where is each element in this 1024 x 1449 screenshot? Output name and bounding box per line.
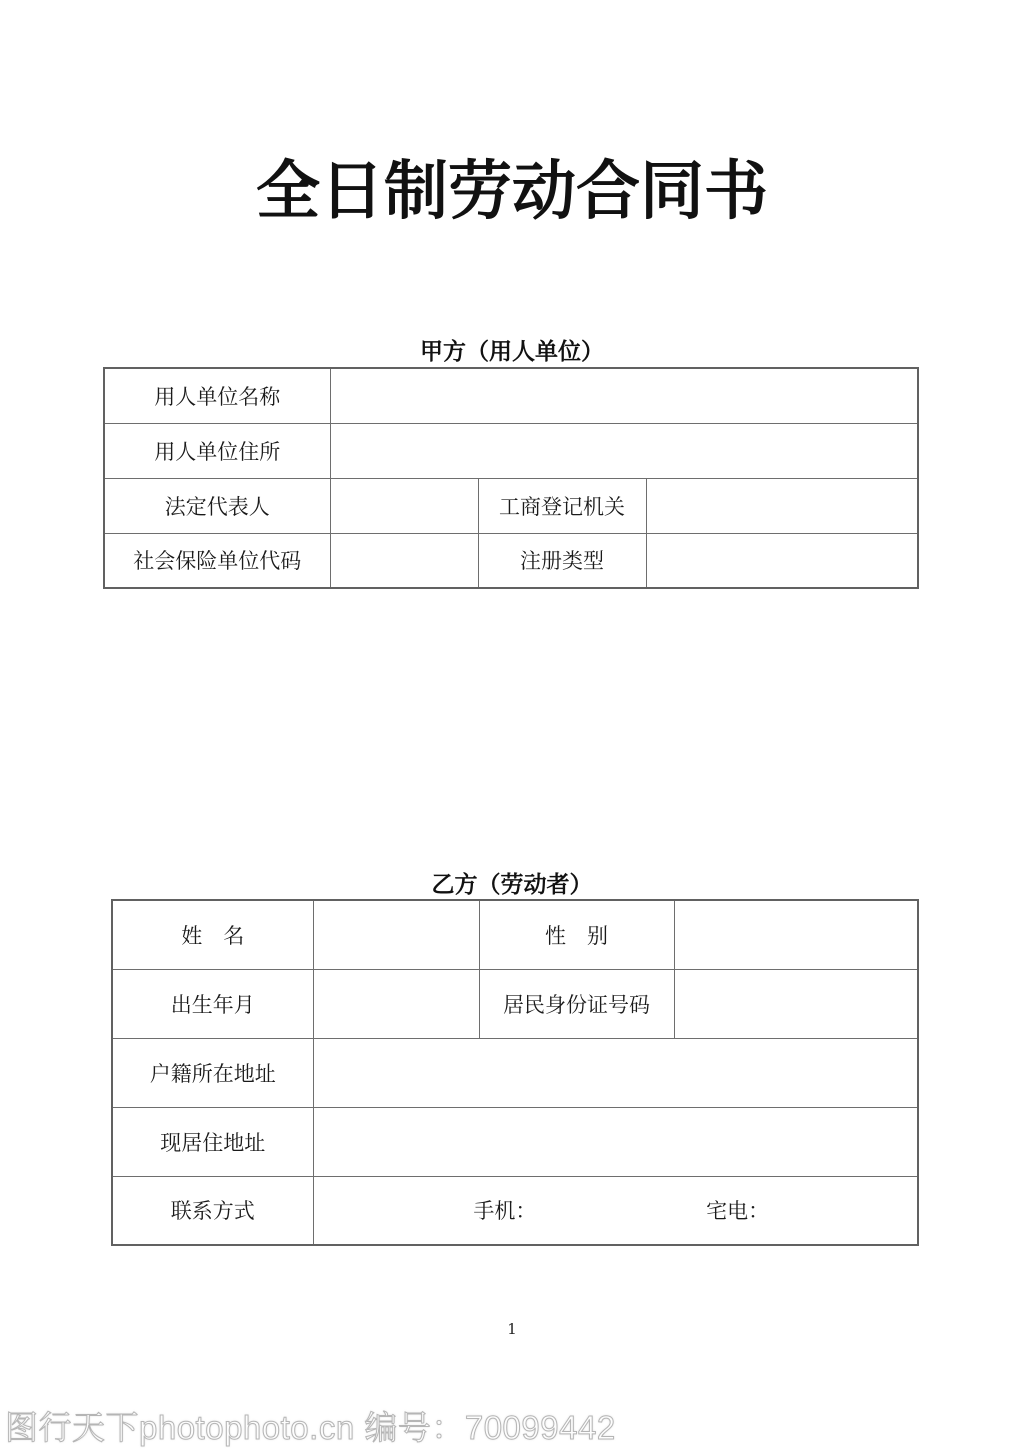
contact-method-field: 手机： 宅电：: [313, 1176, 918, 1245]
gender-field: [674, 900, 918, 969]
table-row: 用人单位名称: [104, 368, 918, 423]
contact-method-label: 联系方式: [112, 1176, 313, 1245]
table-row: 现居住地址: [112, 1107, 918, 1176]
page-number: 1: [0, 1320, 1024, 1338]
current-residence-address-field: [313, 1107, 918, 1176]
id-card-number-label: 居民身份证号码: [479, 969, 674, 1038]
table-row: 法定代表人 工商登记机关: [104, 478, 918, 533]
table-row: 姓 名 性 别: [112, 900, 918, 969]
party-b-heading: 乙方（劳动者）: [0, 866, 1024, 899]
gender-label: 性 别: [479, 900, 674, 969]
household-registration-address-field: [313, 1038, 918, 1107]
table-row: 联系方式 手机： 宅电：: [112, 1176, 918, 1245]
table-row: 社会保险单位代码 注册类型: [104, 533, 918, 588]
registration-type-field: [646, 533, 918, 588]
party-b-table: 姓 名 性 别 出生年月 居民身份证号码 户籍所在地址 现居住地址 联系方式 手…: [111, 899, 919, 1246]
employer-name-field: [330, 368, 918, 423]
employer-address-field: [330, 423, 918, 478]
party-a-heading: 甲方（用人单位）: [0, 333, 1024, 366]
legal-representative-field: [330, 478, 478, 533]
social-insurance-unit-code-field: [330, 533, 478, 588]
document-title: 全日制劳动合同书: [0, 140, 1024, 232]
home-phone-label: 宅电：: [706, 1199, 769, 1223]
employer-address-label: 用人单位住所: [104, 423, 330, 478]
birth-date-label: 出生年月: [112, 969, 313, 1038]
name-label: 姓 名: [112, 900, 313, 969]
business-registration-authority-label: 工商登记机关: [478, 478, 646, 533]
stock-site-watermark: 图行天下photophoto.cn 编号：70099442: [5, 1402, 616, 1449]
birth-date-field: [313, 969, 479, 1038]
legal-representative-label: 法定代表人: [104, 478, 330, 533]
social-insurance-unit-code-label: 社会保险单位代码: [104, 533, 330, 588]
registration-type-label: 注册类型: [478, 533, 646, 588]
mobile-phone-label: 手机：: [473, 1199, 536, 1223]
employer-name-label: 用人单位名称: [104, 368, 330, 423]
household-registration-address-label: 户籍所在地址: [112, 1038, 313, 1107]
party-a-table: 用人单位名称 用人单位住所 法定代表人 工商登记机关 社会保险单位代码 注册类型: [103, 367, 919, 589]
contract-page: 全日制劳动合同书 甲方（用人单位） 用人单位名称 用人单位住所 法定代表人 工商…: [0, 0, 1024, 1449]
name-field: [313, 900, 479, 969]
table-row: 用人单位住所: [104, 423, 918, 478]
business-registration-authority-field: [646, 478, 918, 533]
current-residence-address-label: 现居住地址: [112, 1107, 313, 1176]
table-row: 出生年月 居民身份证号码: [112, 969, 918, 1038]
id-card-number-field: [674, 969, 918, 1038]
table-row: 户籍所在地址: [112, 1038, 918, 1107]
